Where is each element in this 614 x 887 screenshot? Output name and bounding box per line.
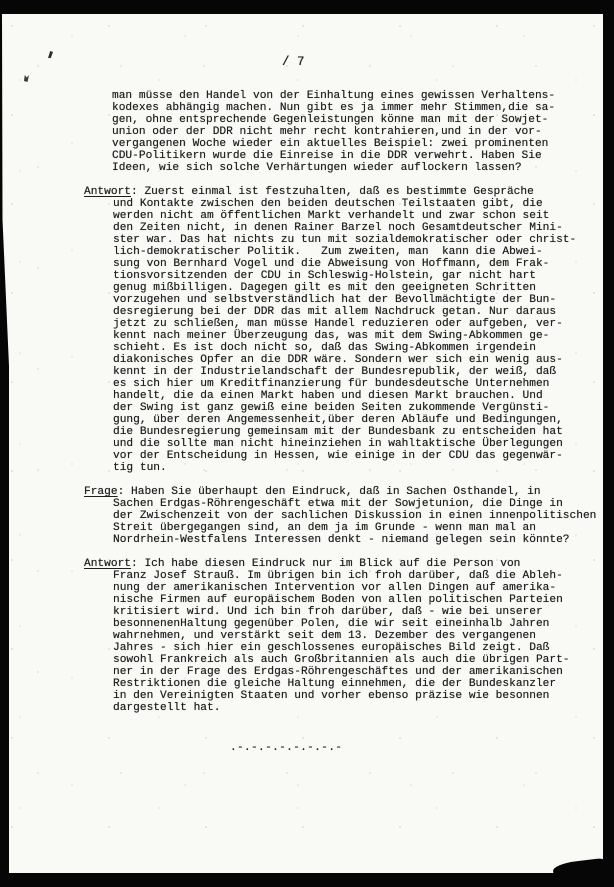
scanned-document-page: / 7 man müsse den Handel von der Einhalt… <box>0 0 614 887</box>
scan-border-right <box>603 0 614 887</box>
answer-label: Antwort <box>84 558 131 570</box>
photocopy-speck <box>24 75 29 82</box>
page-number: / 7 <box>282 55 305 69</box>
end-of-text-divider: .-.-.-.-.-.-.-.- <box>230 742 614 754</box>
question-continuation-paragraph: man müsse den Handel von der Einhaltung … <box>112 90 614 174</box>
question-label: Frage <box>84 486 118 498</box>
question-paragraph-2: Frage: Haben Sie überhaupt den Eindruck,… <box>84 486 614 546</box>
answer-label: Antwort <box>84 186 131 198</box>
answer-text-1: Zuerst einmal ist festzuhalten, daß es b… <box>113 186 576 474</box>
question-text-2: Haben Sie überhaupt den Eindruck, daß in… <box>113 486 596 546</box>
answer-text-2: Ich habe diesen Eindruck nur im Blick au… <box>113 558 570 714</box>
label-separator: : <box>118 486 131 498</box>
answer-paragraph-1: Antwort: Zuerst einmal ist festzuhalten,… <box>84 186 614 474</box>
scan-border-bottom <box>0 873 614 887</box>
photocopy-speck <box>48 51 53 58</box>
answer-paragraph-2: Antwort: Ich habe diesen Eindruck nur im… <box>84 558 614 714</box>
label-separator: : <box>131 186 144 198</box>
label-separator: : <box>131 558 144 570</box>
document-text: man müsse den Handel von der Einhaltung … <box>0 90 614 754</box>
scan-border-top <box>0 0 614 14</box>
